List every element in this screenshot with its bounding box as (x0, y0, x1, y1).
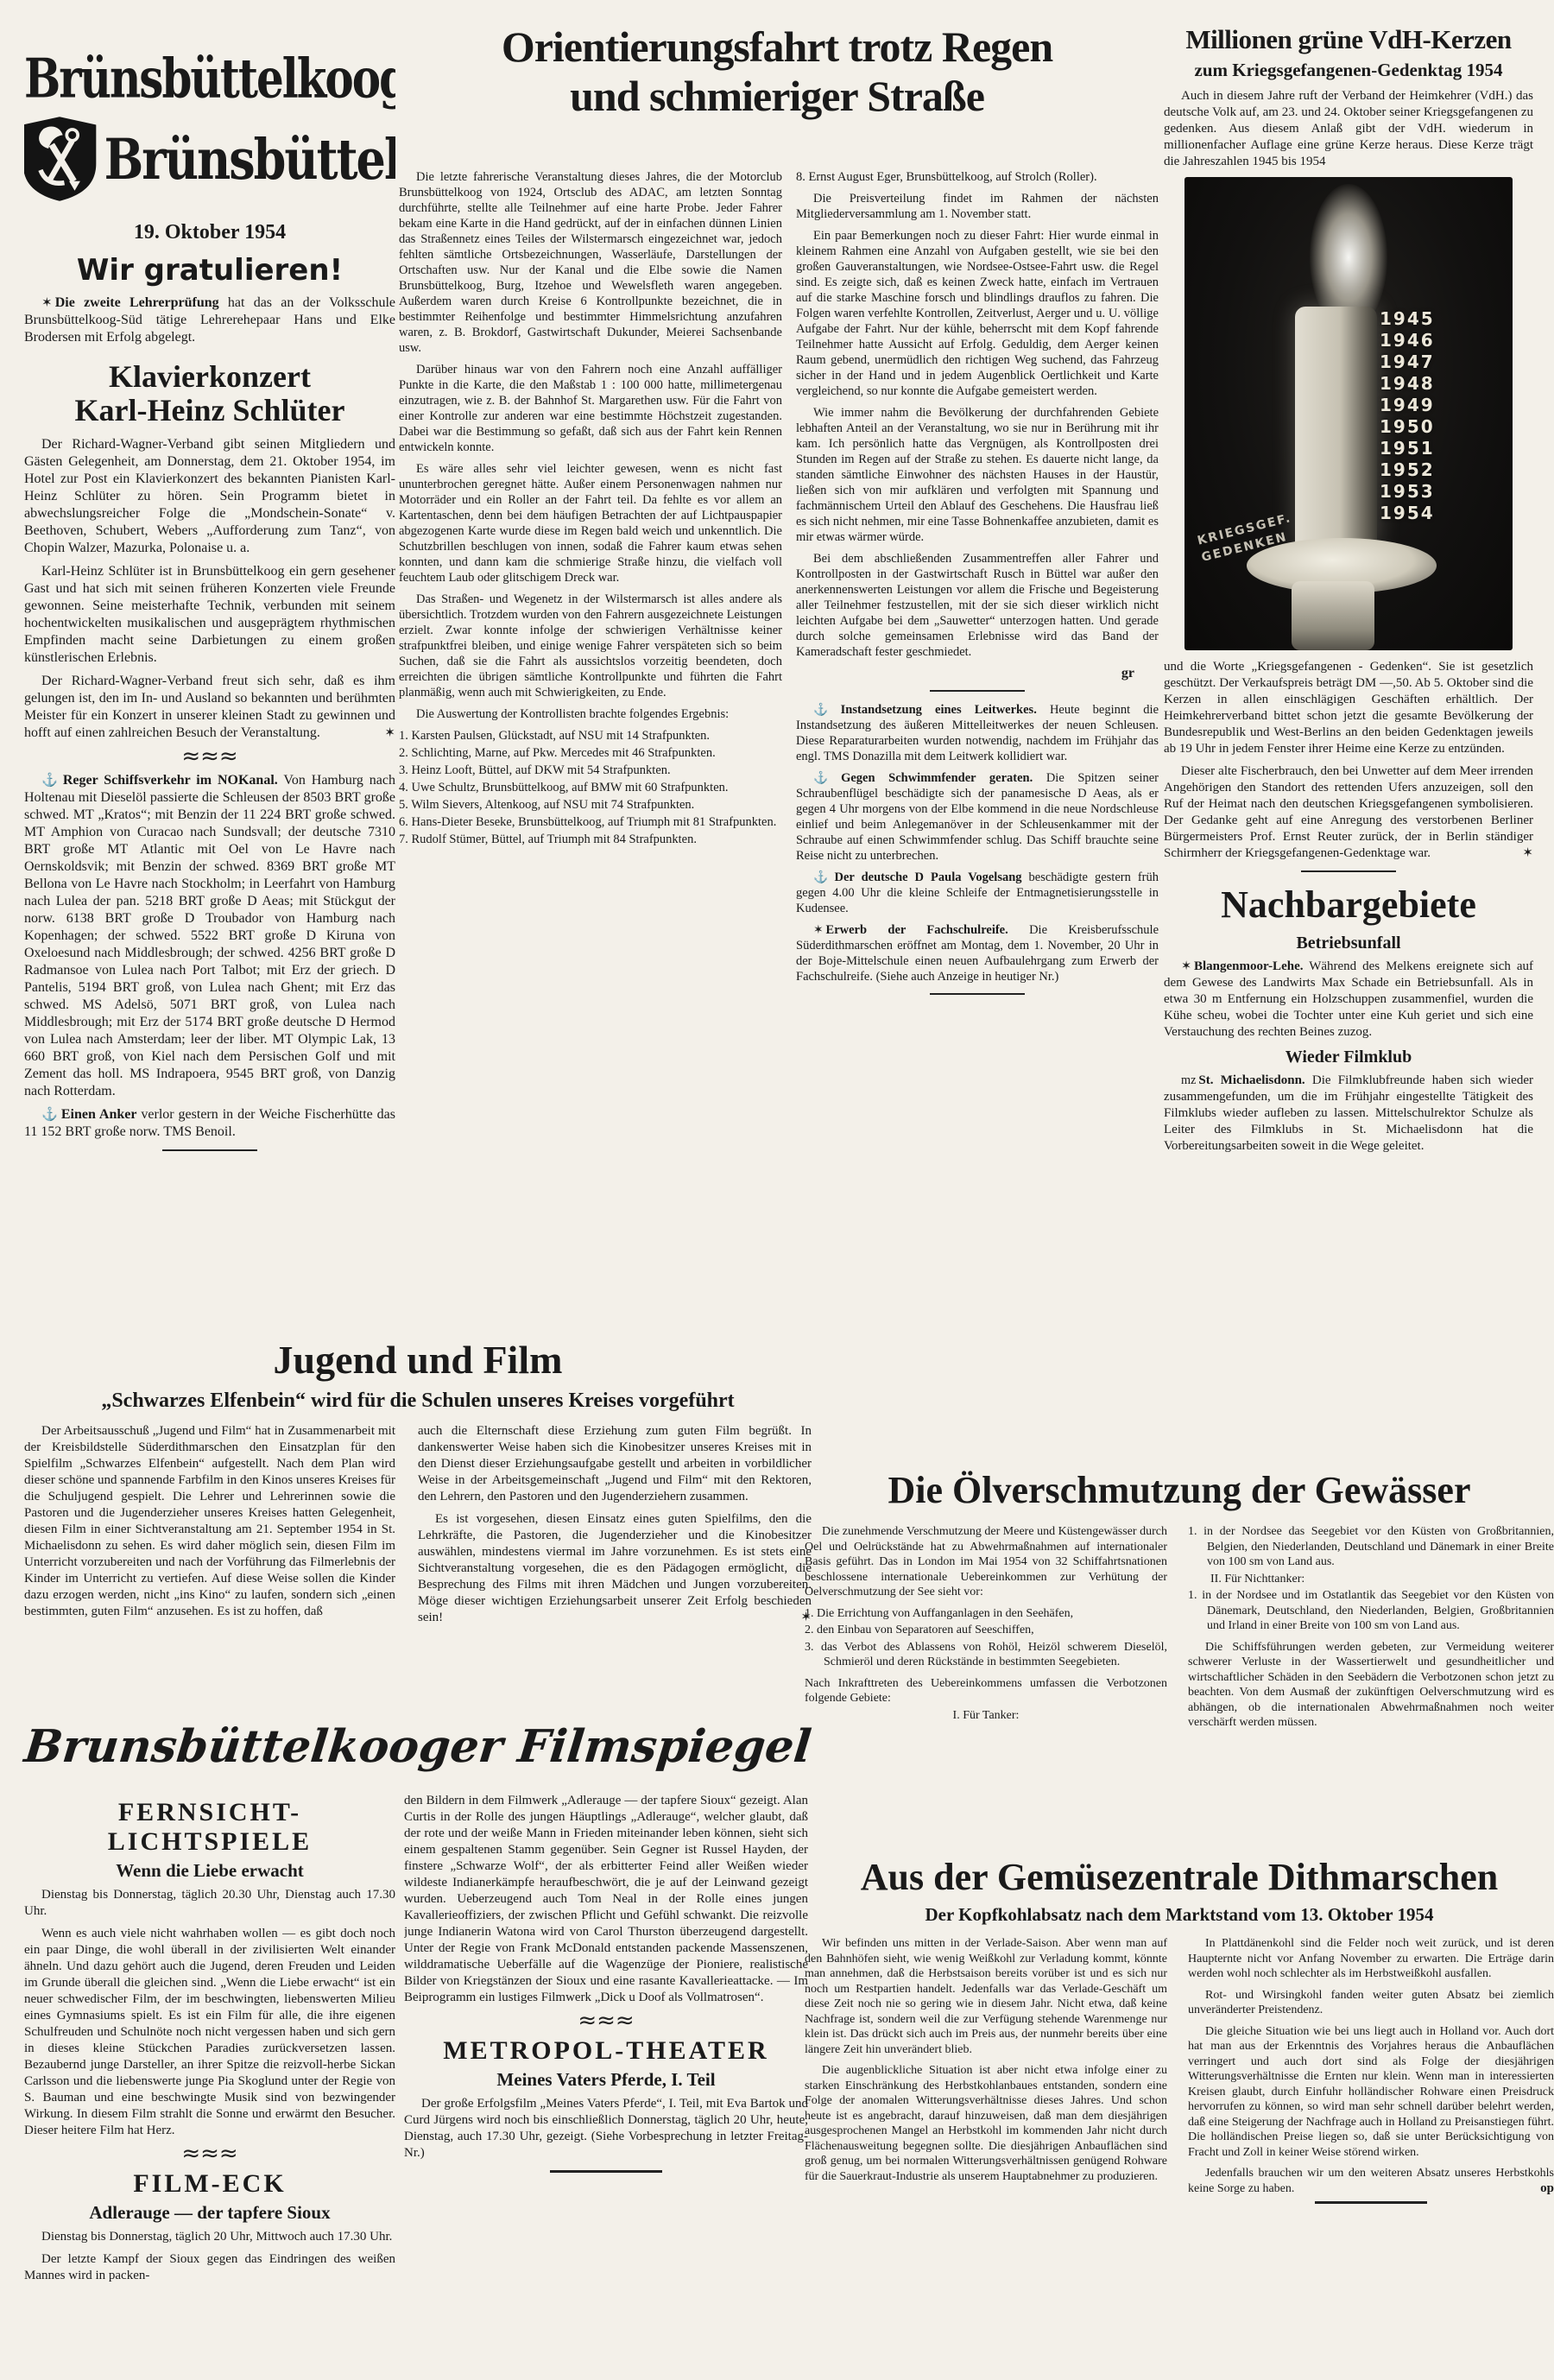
klavier-p3: Der Richard-Wagner-Verband freut sich se… (24, 673, 395, 742)
gemuese-col1: Wir befinden uns mitten in der Verlade-S… (805, 1936, 1167, 2190)
kanal-note-4: ✶Erwerb der Fachschulreife. Die Kreisber… (796, 922, 1159, 984)
candle-year: 1950 (1380, 416, 1435, 438)
result-item: 1. Karsten Paulsen, Glückstadt, auf NSU … (399, 728, 782, 744)
result-item-8: 8. Ernst August Eger, Brunsbüttelkoog, a… (796, 169, 1159, 185)
jugend-col2: auch die Elternschaft diese Erziehung zu… (418, 1423, 812, 1632)
jugend-c2p2-text: Es ist vorgesehen, diesen Einsatz eines … (418, 1512, 812, 1624)
lead-p2: Darüber hinaus war von den Fahrern noch … (399, 362, 782, 455)
candle-year: 1954 (1380, 503, 1435, 524)
newspaper-page: Brünsbüttelkoog Brünsbüttel (0, 0, 1554, 2380)
oel-col1: Die zunehmende Verschmutzung der Meere u… (805, 1524, 1167, 1729)
lead-p1: Die letzte fahrerische Veranstaltung die… (399, 169, 782, 356)
star-icon: ✶ (41, 295, 55, 310)
klavier-p1: Der Richard-Wagner-Verband gibt seinen M… (24, 436, 395, 557)
gemuese-c2p2: Rot- und Wirsingkohl fanden weiter guten… (1188, 1988, 1554, 2018)
lead-article-col1: Die letzte fahrerische Veranstaltung die… (399, 169, 782, 1340)
anchor-lost-lead: Einen Anker (61, 1107, 137, 1122)
gemuese-c2p1: In Plattdänenkohl sind die Felder noch w… (1188, 1936, 1554, 1982)
star-icon: ✶ (1505, 845, 1533, 862)
result-item: 2. Schlichting, Marne, auf Pkw. Mercedes… (399, 745, 782, 761)
result-item: 4. Uwe Schultz, Brunsbüttelkoog, auf BMW… (399, 780, 782, 795)
ship-traffic-lead: Reger Schiffsverkehr im NOKanal. (63, 773, 278, 788)
klavier-p2: Karl-Heinz Schlüter ist in Brunsbüttelko… (24, 563, 395, 667)
oel-list-1: 1. Die Errichtung von Auffanganlagen in … (805, 1606, 1167, 1622)
result-item: 6. Hans-Dieter Beseke, Brunsbüttelkoog, … (399, 814, 782, 830)
jugend-c2p1: auch die Elternschaft diese Erziehung zu… (418, 1423, 812, 1505)
candle-year: 1946 (1380, 330, 1435, 351)
lead-p3: Es wäre alles sehr viel leichter gewesen… (399, 461, 782, 586)
divider (930, 690, 1025, 692)
gemuese-col2: In Plattdänenkohl sind die Felder noch w… (1188, 1936, 1554, 2214)
kanal-note-1-lead: Instandsetzung eines Leitwerkes. (841, 703, 1037, 717)
vdh-p3-text: Dieser alte Fischerbrauch, den bei Unwet… (1164, 764, 1533, 860)
ship-traffic-text: Von Hamburg nach Holtenau mit Dieselöl p… (24, 773, 395, 1098)
filmklub-lead: St. Michaelisdonn. (1198, 1073, 1304, 1087)
oel-list-2: 2. den Einbau von Separatoren auf Seesch… (805, 1623, 1167, 1638)
result-item: 7. Rudolf Stümer, Büttel, auf Triumph mi… (399, 832, 782, 847)
metropol-film-title: Meines Vaters Pferde, I. Teil (404, 2069, 808, 2091)
candle-year: 1947 (1380, 351, 1435, 373)
divider (550, 2170, 662, 2173)
kanal-note-3: ⚓Der deutsche D Paula Vogelsang beschädi… (796, 870, 1159, 916)
candle-year: 1949 (1380, 395, 1435, 416)
candle-year: 1948 (1380, 373, 1435, 395)
issue-date: 19. Oktober 1954 (24, 221, 395, 244)
gemuese-byline: op (1523, 2181, 1554, 2197)
candle-years: 1945 1946 1947 1948 1949 1950 1951 1952 … (1380, 308, 1435, 524)
oel-after: Nach Inkrafttreten des Uebereinkommens u… (805, 1676, 1167, 1706)
star-icon: ✶ (1181, 959, 1194, 973)
gemuese-c2p3: Die gleiche Situation wie bei uns liegt … (1188, 2024, 1554, 2161)
anchor-lost-item: ⚓Einen Anker verlor gestern in der Weich… (24, 1106, 395, 1141)
oel-tanker-head: I. Für Tanker: (805, 1708, 1167, 1724)
metropol-text: Der große Erfolgsfilm „Meines Vaters Pfe… (404, 2096, 808, 2162)
right-column: Millionen grüne VdH-Kerzen zum Kriegsgef… (1164, 26, 1533, 1473)
filmeck-name: FILM-ECK (24, 2169, 395, 2199)
gemuese-c1p1: Wir befinden uns mitten in der Verlade-S… (805, 1936, 1167, 2057)
vdh-p2: und die Worte „Kriegsgefangenen - Gedenk… (1164, 659, 1533, 757)
filmeck-review-cont: den Bildern in dem Filmwerk „Adlerauge —… (404, 1793, 808, 2006)
gemuese-subtitle: Der Kopfkohlabsatz nach dem Marktstand v… (805, 1904, 1554, 1926)
oel-closing: Die Schiffsführungen werden gebeten, zur… (1188, 1640, 1554, 1731)
oel-intro: Die zunehmende Verschmutzung der Meere u… (805, 1524, 1167, 1600)
star-icon: ✶ (367, 725, 395, 742)
klavier-heading: Klavierkonzert Karl-Heinz Schlüter (24, 360, 395, 427)
candle-photo: 1945 1946 1947 1948 1949 1950 1951 1952 … (1184, 177, 1513, 650)
filmeck-film-title: Adlerauge — der tapfere Sioux (24, 2202, 395, 2224)
fernsicht-times: Dienstag bis Donnerstag, täglich 20.30 U… (24, 1887, 395, 1920)
kanal-note-2: ⚓Gegen Schwimmfender geraten. Die Spitze… (796, 770, 1159, 864)
lead-headline-line1: Orientierungsfahrt trotz Regen (502, 22, 1052, 71)
jugend-film-section: Jugend und Film „Schwarzes Elfenbein“ wi… (24, 1337, 812, 1632)
jugend-c1p1: Der Arbeitsausschuß „Jugend und Film“ ha… (24, 1423, 395, 1620)
lead-p5: Die Preisverteilung findet im Rahmen der… (796, 191, 1159, 222)
gratulieren-heading: Wir gratulieren! (24, 253, 395, 288)
vdh-headline: Millionen grüne VdH-Kerzen (1164, 26, 1533, 54)
candle-year: 1945 (1380, 308, 1435, 330)
kanal-note-2-lead: Gegen Schwimmfender geraten. (841, 771, 1033, 785)
filmspiegel-col2: den Bildern in dem Filmwerk „Adlerauge —… (404, 1793, 808, 2377)
lead-headline: Orientierungsfahrt trotz Regen und schmi… (397, 22, 1157, 121)
oel-section: Die Ölverschmutzung der Gewässer Die zun… (805, 1468, 1554, 1737)
candle-year: 1952 (1380, 459, 1435, 481)
nachbargebiete-headline: Nachbargebiete (1164, 883, 1533, 927)
klavier-p3-text: Der Richard-Wagner-Verband freut sich se… (24, 674, 395, 740)
betriebsunfall-item: ✶Blangenmoor-Lehe. Während des Melkens e… (1164, 959, 1533, 1041)
shield-spade-anchor-icon (24, 114, 99, 204)
lead-p7: Wie immer nahm die Bevölkerung der durch… (796, 405, 1159, 545)
ship-traffic-item: ⚓Reger Schiffsverkehr im NOKanal. Von Ha… (24, 772, 395, 1100)
anchor-icon: ⚓ (813, 771, 841, 784)
gemuese-section: Aus der Gemüsezentrale Dithmarschen Der … (805, 1855, 1554, 2380)
lead-p4: Das Straßen- und Wegenetz in der Wilster… (399, 592, 782, 700)
divider (162, 1149, 257, 1151)
fernsicht-review: Wenn es auch viele nicht wahrhaben wolle… (24, 1926, 395, 2139)
anchor-icon: ⚓ (41, 1107, 61, 1122)
results-list: 1. Karsten Paulsen, Glückstadt, auf NSU … (399, 728, 782, 847)
jugend-headline: Jugend und Film (24, 1337, 812, 1383)
oel-list-3: 3. das Verbot des Ablassens von Rohöl, H… (805, 1640, 1167, 1670)
betriebsunfall-subhead: Betriebsunfall (1164, 934, 1533, 953)
vdh-subtitle: zum Kriegsgefangenen-Gedenktag 1954 (1164, 60, 1533, 81)
lead-headline-line2: und schmieriger Straße (570, 72, 984, 120)
anchor-icon: ⚓ (813, 703, 841, 716)
klavier-heading-line2: Karl-Heinz Schlüter (75, 393, 345, 427)
lead-byline: gr (796, 666, 1159, 681)
lead-p6: Ein paar Bemerkungen noch zu dieser Fahr… (796, 228, 1159, 399)
candle-year: 1953 (1380, 481, 1435, 503)
filmeck-times: Dienstag bis Donnerstag, täglich 20 Uhr,… (24, 2229, 395, 2245)
filmeck-review-start: Der letzte Kampf der Sioux gegen das Ein… (24, 2251, 395, 2284)
divider (930, 993, 1025, 995)
gemuese-c2p4-text: Jedenfalls brauchen wir um den weiteren … (1188, 2167, 1554, 2195)
divider (1301, 870, 1396, 872)
metropol-name: METROPOL-THEATER (404, 2036, 808, 2066)
candle-holder-stem (1292, 581, 1374, 650)
filmspiegel-title: Brunsbüttelkooger Filmspiegel (22, 1720, 814, 1773)
gratulieren-item: ✶Die zweite Lehrerprüfung hat das an der… (24, 294, 395, 346)
oel-zone1: 1. in der Nordsee das Seegebiet vor den … (1188, 1524, 1554, 1570)
left-column: Brünsbüttelkoog Brünsbüttel (24, 52, 395, 1335)
anchor-icon: ⚓ (813, 870, 835, 883)
betriebsunfall-lead: Blangenmoor-Lehe. (1194, 959, 1304, 973)
gemuese-c1p2: Die augenblickliche Situation ist aber n… (805, 2063, 1167, 2184)
masthead-title-line1: Brünsbüttelkoog (24, 52, 395, 106)
divider (1315, 2201, 1427, 2204)
gemuese-c2p4: Jedenfalls brauchen wir um den weiteren … (1188, 2166, 1554, 2196)
gemuese-headline: Aus der Gemüsezentrale Dithmarschen (805, 1855, 1554, 1899)
kanal-note-3-lead: Der deutsche D Paula Vogelsang (835, 870, 1022, 884)
wave-divider: ≈≈≈ (24, 2145, 395, 2162)
candle-year: 1951 (1380, 438, 1435, 459)
lead-article-col2: 8. Ernst August Eger, Brunsbüttelkoog, a… (796, 169, 1159, 1340)
vdh-p3: Dieser alte Fischerbrauch, den bei Unwet… (1164, 763, 1533, 862)
jugend-subtitle: „Schwarzes Elfenbein“ wird für die Schul… (24, 1389, 812, 1413)
candle-body (1295, 307, 1377, 548)
byline-mark: mz (1181, 1073, 1198, 1087)
star-icon: ✶ (813, 923, 826, 936)
filmklub-item: mzSt. Michaelisdonn. Die Filmklubfreunde… (1164, 1073, 1533, 1155)
result-item: 5. Wilm Sievers, Altenkoog, auf NSU mit … (399, 797, 782, 813)
vdh-p1: Auch in diesem Jahre ruft der Verband de… (1164, 88, 1533, 170)
kanal-note-4-lead: Erwerb der Fachschulreife. (826, 923, 1008, 937)
results-intro: Die Auswertung der Kontrollisten brachte… (399, 706, 782, 722)
oel-zone2: 1. in der Nordsee und im Ostatlantik das… (1188, 1588, 1554, 1634)
gratulieren-lead: Die zweite Lehrerprüfung (55, 295, 219, 310)
filmspiegel-col1: FERNSICHT-LICHTSPIELE Wenn die Liebe erw… (24, 1793, 395, 2377)
kanal-note-1: ⚓Instandsetzung eines Leitwerkes. Heute … (796, 702, 1159, 764)
wave-divider: ≈≈≈ (24, 748, 395, 765)
oel-headline: Die Ölverschmutzung der Gewässer (805, 1468, 1554, 1512)
oel-col2: 1. in der Nordsee das Seegebiet vor den … (1188, 1524, 1554, 1737)
masthead-title-line2: Brünsbüttel (104, 131, 395, 187)
klavier-heading-line1: Klavierkonzert (109, 359, 311, 394)
lead-p8: Bei dem abschließenden Zusammentreffen a… (796, 551, 1159, 660)
fernsicht-film-title: Wenn die Liebe erwacht (24, 1860, 395, 1882)
result-item: 3. Heinz Looft, Büttel, auf DKW mit 54 S… (399, 763, 782, 778)
anchor-icon: ⚓ (41, 773, 63, 788)
fernsicht-name: FERNSICHT-LICHTSPIELE (24, 1798, 395, 1857)
wave-divider: ≈≈≈ (404, 2012, 808, 2029)
jugend-col1: Der Arbeitsausschuß „Jugend und Film“ ha… (24, 1423, 395, 1626)
jugend-c2p2: Es ist vorgesehen, diesen Einsatz eines … (418, 1511, 812, 1626)
filmklub-subhead: Wieder Filmklub (1164, 1048, 1533, 1067)
oel-nichttanker-head: II. Für Nichttanker: (1188, 1572, 1554, 1587)
masthead: Brünsbüttelkoog Brünsbüttel (24, 52, 395, 244)
